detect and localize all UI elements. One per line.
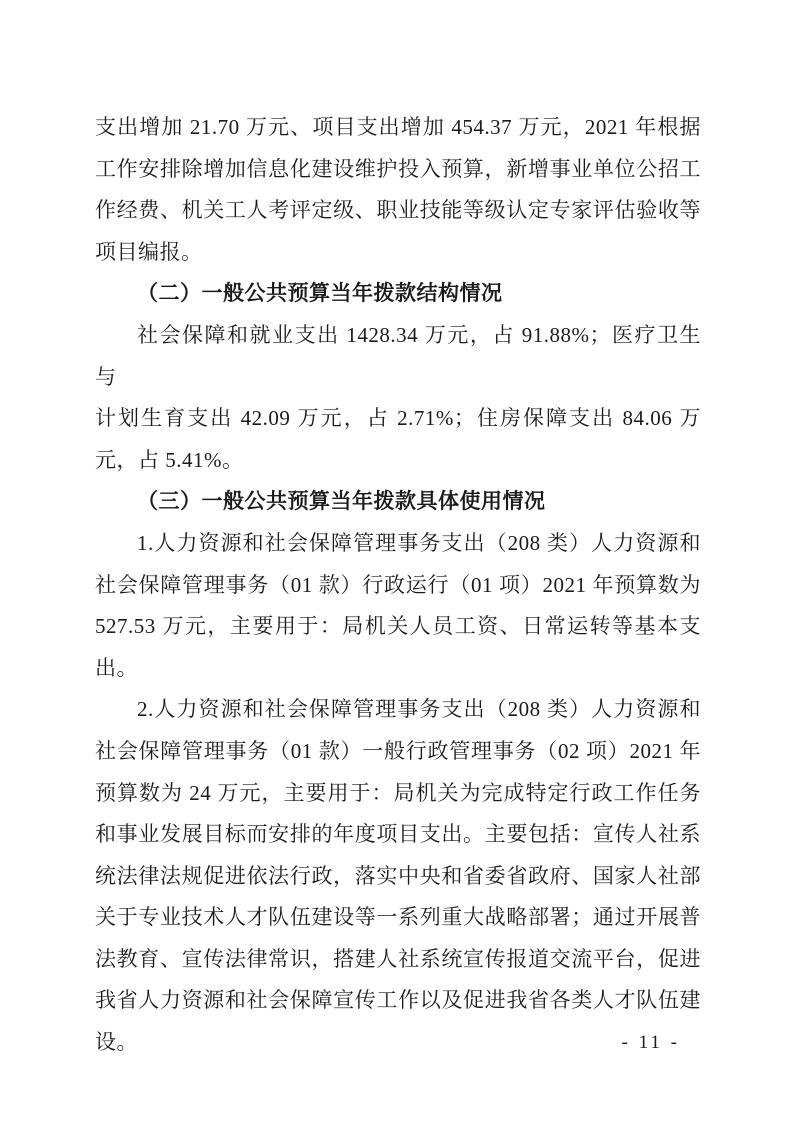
body-line: 统法律法规促进依法行政，落实中央和省委省政府、国家人社部	[95, 856, 701, 898]
body-line: 社会保障管理事务（01 款）一般行政管理事务（02 项）2021 年	[95, 731, 701, 773]
body-line: 和事业发展目标而安排的年度项目支出。主要包括：宣传人社系	[95, 814, 701, 856]
section-heading-3: （三）一般公共预算当年拨款具体使用情况	[95, 481, 701, 523]
section-heading-2: （二）一般公共预算当年拨款结构情况	[95, 273, 701, 315]
body-line: 计划生育支出 42.09 万元，占 2.71%；住房保障支出 84.06 万	[95, 398, 701, 440]
page-number: - 11 -	[622, 1029, 680, 1057]
body-line: 法教育、宣传法律常识，搭建人社系统宣传报道交流平台，促进	[95, 939, 701, 981]
body-line: 支出增加 21.70 万元、项目支出增加 454.37 万元，2021 年根据	[95, 107, 701, 149]
document-page: 支出增加 21.70 万元、项目支出增加 454.37 万元，2021 年根据 …	[0, 0, 793, 1122]
body-line: 关于专业技术人才队伍建设等一系列重大战略部署；通过开展普	[95, 897, 701, 939]
body-line: 元，占 5.41%。	[95, 440, 701, 482]
body-line: 527.53 万元，主要用于：局机关人员工资、日常运转等基本支	[95, 606, 701, 648]
body-line: 预算数为 24 万元，主要用于：局机关为完成特定行政工作任务	[95, 773, 701, 815]
body-line: 2.人力资源和社会保障管理事务支出（208 类）人力资源和	[95, 689, 701, 731]
body-line: 作经费、机关工人考评定级、职业技能等级认定专家评估验收等	[95, 190, 701, 232]
body-line: 社会保障管理事务（01 款）行政运行（01 项）2021 年预算数为	[95, 565, 701, 607]
body-line: 项目编报。	[95, 232, 701, 274]
paragraph: 社会保障和就业支出 1428.34 万元，占 91.88%；医疗卫生与 计划生育…	[95, 315, 701, 481]
body-line: 工作安排除增加信息化建设维护投入预算，新增事业单位公招工	[95, 149, 701, 191]
page-body-text: 支出增加 21.70 万元、项目支出增加 454.37 万元，2021 年根据 …	[95, 107, 701, 1064]
body-line: 设。	[95, 1022, 701, 1064]
paragraph-continuation: 支出增加 21.70 万元、项目支出增加 454.37 万元，2021 年根据 …	[95, 107, 701, 273]
paragraph: 2.人力资源和社会保障管理事务支出（208 类）人力资源和 社会保障管理事务（0…	[95, 689, 701, 1063]
body-line: 出。	[95, 648, 701, 690]
paragraph: 1.人力资源和社会保障管理事务支出（208 类）人力资源和 社会保障管理事务（0…	[95, 523, 701, 689]
body-line: 1.人力资源和社会保障管理事务支出（208 类）人力资源和	[95, 523, 701, 565]
body-line: 社会保障和就业支出 1428.34 万元，占 91.88%；医疗卫生与	[95, 315, 701, 398]
body-line: 我省人力资源和社会保障宣传工作以及促进我省各类人才队伍建	[95, 980, 701, 1022]
